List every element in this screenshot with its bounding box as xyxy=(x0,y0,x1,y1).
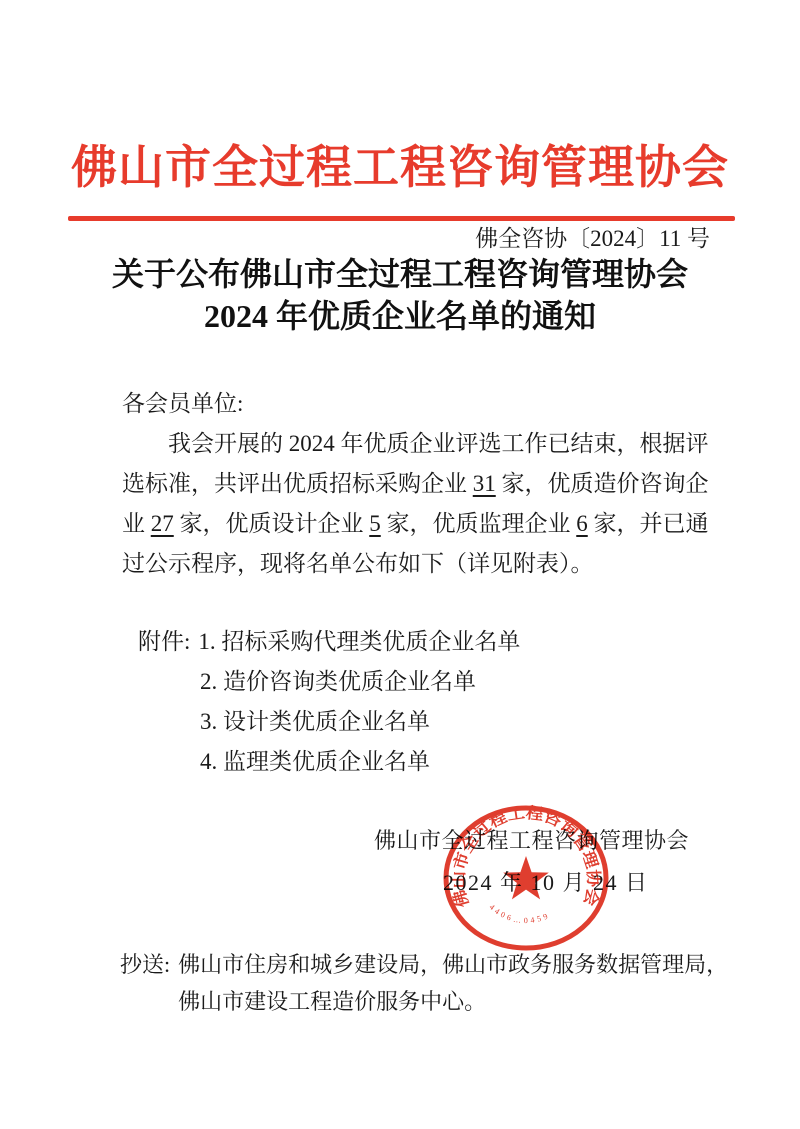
attachment-row-1: 附件:1. 招标采购代理类优质企业名单 xyxy=(138,622,520,662)
text-segment: 家，并已通 xyxy=(588,511,709,536)
cc-line-2: 佛山市建设工程造价服务中心。 xyxy=(178,983,728,1020)
cc-content: 佛山市住房和城乡建设局，佛山市政务服务数据管理局， 佛山市建设工程造价服务中心。 xyxy=(178,946,728,1020)
underlined-count: 5 xyxy=(369,511,381,536)
underlined-count: 31 xyxy=(473,471,496,496)
attachment-label: 附件: xyxy=(138,629,190,654)
notice-title-line1: 关于公布佛山市全过程工程咨询管理协会 xyxy=(0,253,800,295)
attachment-item-3: 3. 设计类优质企业名单 xyxy=(200,702,520,742)
red-divider xyxy=(68,216,735,221)
attachment-item-1: 1. 招标采购代理类优质企业名单 xyxy=(198,629,520,654)
text-segment: 业 xyxy=(122,511,151,536)
attachments-list: 附件:1. 招标采购代理类优质企业名单 2. 造价咨询类优质企业名单 3. 设计… xyxy=(138,622,520,782)
org-header-title: 佛山市全过程工程咨询管理协会 xyxy=(0,131,800,197)
underlined-count: 27 xyxy=(151,511,174,536)
text-segment: 我会开展的 2024 年优质企业评选工作已结束，根据评 xyxy=(168,431,709,456)
svg-text:4406…0459: 4406…0459 xyxy=(488,902,552,925)
body-line-2: 选标准，共评出优质招标采购企业 31 家，优质造价咨询企 xyxy=(122,464,722,504)
official-seal: 佛山市全过程工程咨询管理协会 4406…0459 xyxy=(439,802,613,954)
cc-line-1: 佛山市住房和城乡建设局，佛山市政务服务数据管理局， xyxy=(178,946,728,983)
body-line-3: 业 27 家，优质设计企业 5 家，优质监理企业 6 家，并已通 xyxy=(122,504,722,544)
salutation: 各会员单位: xyxy=(122,384,722,424)
text-segment: 选标准，共评出优质招标采购企业 xyxy=(122,471,473,496)
cc-label: 抄送: xyxy=(120,946,170,983)
notice-title-line2: 2024 年优质企业名单的通知 xyxy=(0,295,800,337)
text-segment: 家，优质设计企业 xyxy=(174,511,370,536)
underlined-count: 6 xyxy=(576,511,588,536)
attachment-item-2: 2. 造价咨询类优质企业名单 xyxy=(200,662,520,702)
seal-code: 4406…0459 xyxy=(488,902,552,925)
document-number: 佛全咨协〔2024〕11 号 xyxy=(475,224,710,254)
notice-body: 各会员单位: 我会开展的 2024 年优质企业评选工作已结束，根据评 选标准，共… xyxy=(122,384,722,584)
text-segment: 家，优质造价咨询企 xyxy=(496,471,709,496)
cc-section: 抄送: 佛山市住房和城乡建设局，佛山市政务服务数据管理局， 佛山市建设工程造价服… xyxy=(120,946,728,1020)
svg-text:佛山市全过程工程咨询管理协会: 佛山市全过程工程咨询管理协会 xyxy=(449,803,602,910)
text-segment: 家，优质监理企业 xyxy=(381,511,577,536)
body-line-4: 过公示程序，现将名单公布如下（详见附表）。 xyxy=(122,544,722,584)
seal-ring-text: 佛山市全过程工程咨询管理协会 xyxy=(449,803,602,910)
text-segment: 过公示程序，现将名单公布如下（详见附表）。 xyxy=(122,551,594,576)
document-page: 佛山市全过程工程咨询管理协会 佛全咨协〔2024〕11 号 关于公布佛山市全过程… xyxy=(0,0,800,1129)
body-line-1: 我会开展的 2024 年优质企业评选工作已结束，根据评 xyxy=(122,424,722,464)
seal-star-icon xyxy=(503,856,549,899)
attachment-item-4: 4. 监理类优质企业名单 xyxy=(200,742,520,782)
notice-title: 关于公布佛山市全过程工程咨询管理协会 2024 年优质企业名单的通知 xyxy=(0,253,800,337)
